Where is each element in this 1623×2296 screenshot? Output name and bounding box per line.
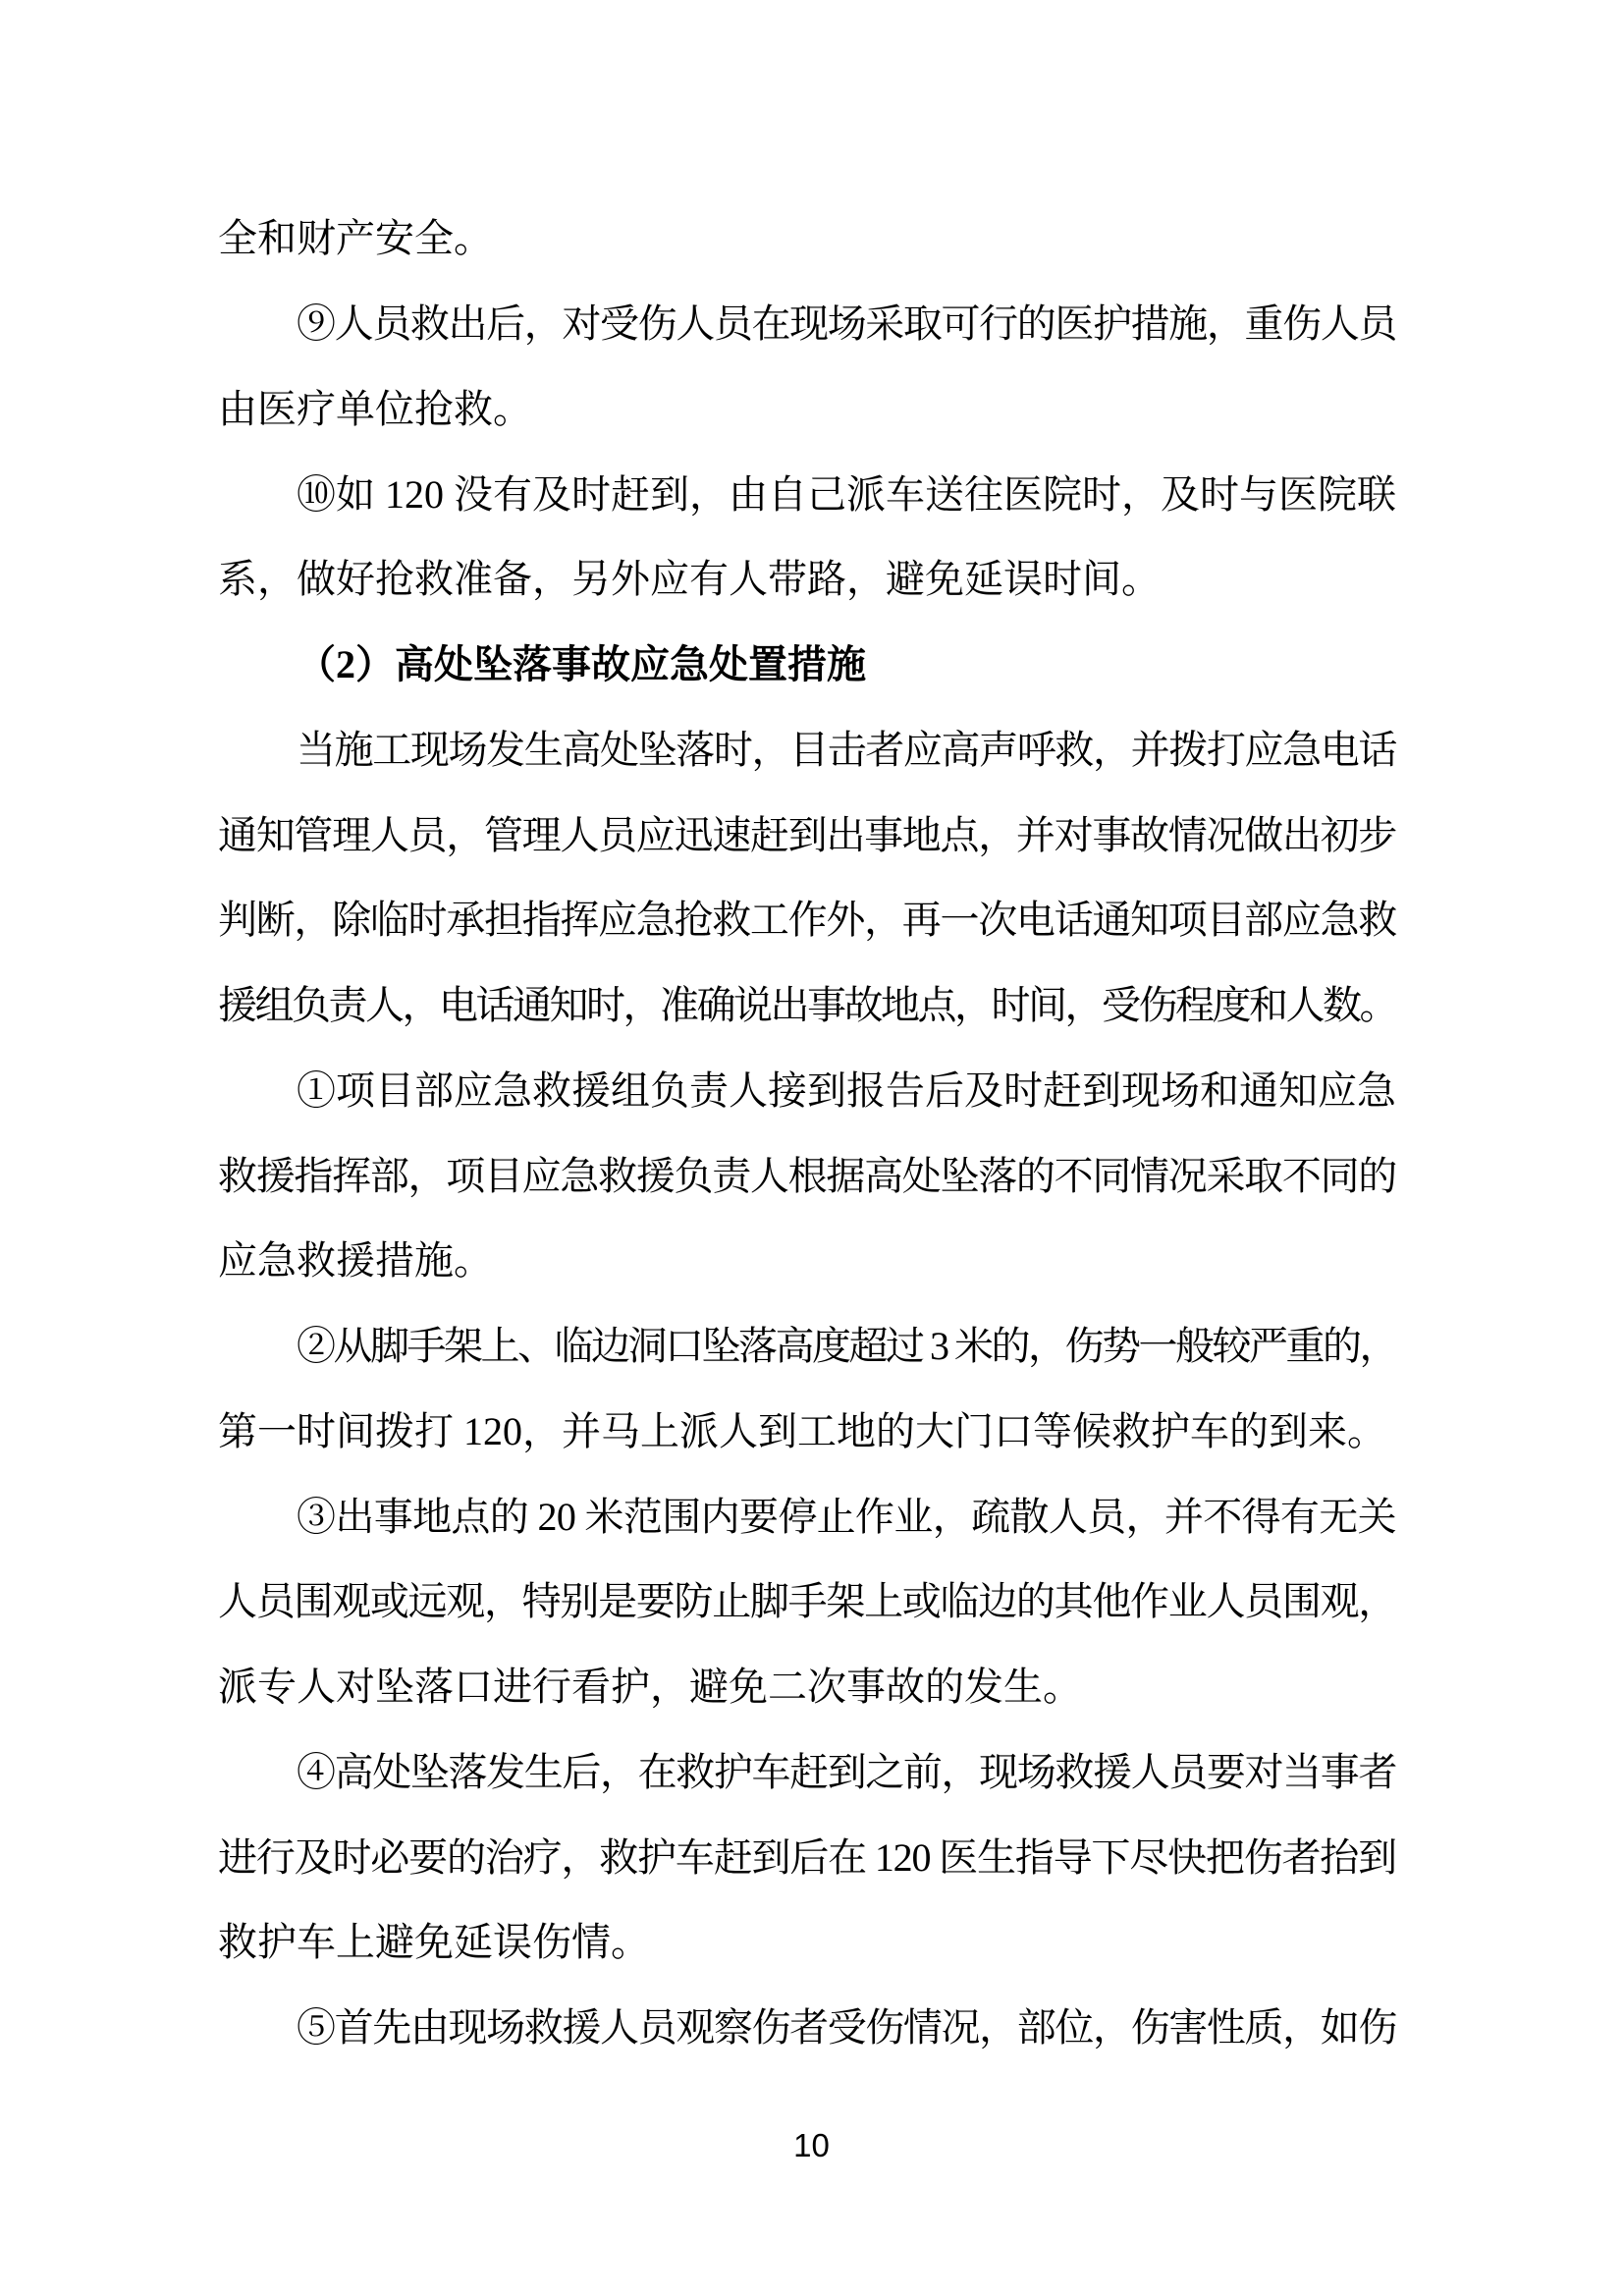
text-line-content: ⑩如 120 没有及时赶到，由自己派车送往医院时，及时与医院联 [297, 475, 1396, 515]
text-line: 救援指挥部，项目应急救援负责人根据高处坠落的不同情况采取不同的 [218, 1133, 1396, 1219]
text-line: 进行及时必要的治疗，救护车赶到后在 120 医生指导下尽快把伤者抬到 [218, 1815, 1396, 1900]
section-heading: （2）高处坠落事故应急处置措施 [218, 623, 1396, 708]
text-line-content: 判断，除临时承担指挥应急抢救工作外，再一次电话通知项目部应急救 [218, 901, 1396, 940]
text-line-content: 进行及时必要的治疗，救护车赶到后在 120 医生指导下尽快把伤者抬到 [218, 1838, 1396, 1878]
text-line-content: ①项目部应急救援组负责人接到报告后及时赶到现场和通知应急 [297, 1071, 1396, 1111]
text-line-content: 救护车上避免延误伤情。 [218, 1923, 650, 1962]
text-line-content: ②从脚手架上、临边洞口坠落高度超过 3 米的，伤势一般较严重的， [297, 1327, 1396, 1366]
text-line-content: 派专人对坠落口进行看护，避免二次事故的发生。 [218, 1667, 1082, 1707]
text-line: 系，做好抢救准备，另外应有人带路，避免延误时间。 [218, 537, 1396, 623]
text-line-content: （2）高处坠落事故应急处置措施 [297, 645, 866, 684]
text-line: ①项目部应急救援组负责人接到报告后及时赶到现场和通知应急 [218, 1049, 1396, 1134]
text-line: ⑩如 120 没有及时赶到，由自己派车送往医院时，及时与医院联 [218, 452, 1396, 537]
text-line-content: 全和财产安全。 [218, 219, 493, 258]
text-line: 救护车上避免延误伤情。 [218, 1900, 1396, 1986]
text-line: 当施工现场发生高处坠落时，目击者应高声呼救，并拨打应急电话 [218, 708, 1396, 793]
text-line: ⑨人员救出后，对受伤人员在现场采取可行的医护措施，重伤人员 [218, 282, 1396, 367]
document-text-block: 全和财产安全。 ⑨人员救出后，对受伤人员在现场采取可行的医护措施，重伤人员 由医… [218, 196, 1396, 2071]
text-line: ⑤首先由现场救援人员观察伤者受伤情况，部位，伤害性质，如伤 [218, 1986, 1396, 2071]
page-number: 10 [0, 2127, 1623, 2164]
text-line-content: 当施工现场发生高处坠落时，目击者应高声呼救，并拨打应急电话 [297, 731, 1396, 770]
text-line-content: 通知管理人员，管理人员应迅速赶到出事地点，并对事故情况做出初步 [218, 816, 1396, 855]
text-line-content: 应急救援措施。 [218, 1241, 493, 1281]
text-line: 援组负责人，电话通知时，准确说出事故地点，时间，受伤程度和人数。 [218, 963, 1396, 1049]
text-line-content: ⑨人员救出后，对受伤人员在现场采取可行的医护措施，重伤人员 [297, 304, 1396, 344]
document-page: 全和财产安全。 ⑨人员救出后，对受伤人员在现场采取可行的医护措施，重伤人员 由医… [0, 0, 1623, 2296]
text-line: 派专人对坠落口进行看护，避免二次事故的发生。 [218, 1645, 1396, 1730]
text-line-content: 系，做好抢救准备，另外应有人带路，避免延误时间。 [218, 560, 1161, 599]
text-line-content: 援组负责人，电话通知时，准确说出事故地点，时间，受伤程度和人数。 [218, 986, 1396, 1025]
text-line-content: ⑤首先由现场救援人员观察伤者受伤情况，部位，伤害性质，如伤 [297, 2008, 1396, 2048]
text-line: 第一时间拨打 120，并马上派人到工地的大门口等候救护车的到来。 [218, 1390, 1396, 1475]
text-line: 通知管理人员，管理人员应迅速赶到出事地点，并对事故情况做出初步 [218, 793, 1396, 878]
text-line: 判断，除临时承担指挥应急抢救工作外，再一次电话通知项目部应急救 [218, 878, 1396, 963]
text-line: 全和财产安全。 [218, 196, 1396, 282]
text-line: 人员围观或远观，特别是要防止脚手架上或临边的其他作业人员围观， [218, 1559, 1396, 1645]
text-line-content: ④高处坠落发生后，在救护车赶到之前，现场救援人员要对当事者 [297, 1753, 1396, 1792]
text-line-content: ③出事地点的 20 米范围内要停止作业，疏散人员，并不得有无关 [297, 1498, 1396, 1537]
text-line-content: 人员围观或远观，特别是要防止脚手架上或临边的其他作业人员围观， [218, 1582, 1396, 1621]
text-line: 应急救援措施。 [218, 1219, 1396, 1304]
text-line: ④高处坠落发生后，在救护车赶到之前，现场救援人员要对当事者 [218, 1730, 1396, 1816]
text-line: 由医疗单位抢救。 [218, 367, 1396, 453]
text-line: ③出事地点的 20 米范围内要停止作业，疏散人员，并不得有无关 [218, 1474, 1396, 1559]
text-line-content: 由医疗单位抢救。 [218, 390, 532, 429]
text-line-content: 救援指挥部，项目应急救援负责人根据高处坠落的不同情况采取不同的 [218, 1157, 1396, 1196]
text-line: ②从脚手架上、临边洞口坠落高度超过 3 米的，伤势一般较严重的， [218, 1304, 1396, 1390]
text-line-content: 第一时间拨打 120，并马上派人到工地的大门口等候救护车的到来。 [218, 1412, 1386, 1451]
